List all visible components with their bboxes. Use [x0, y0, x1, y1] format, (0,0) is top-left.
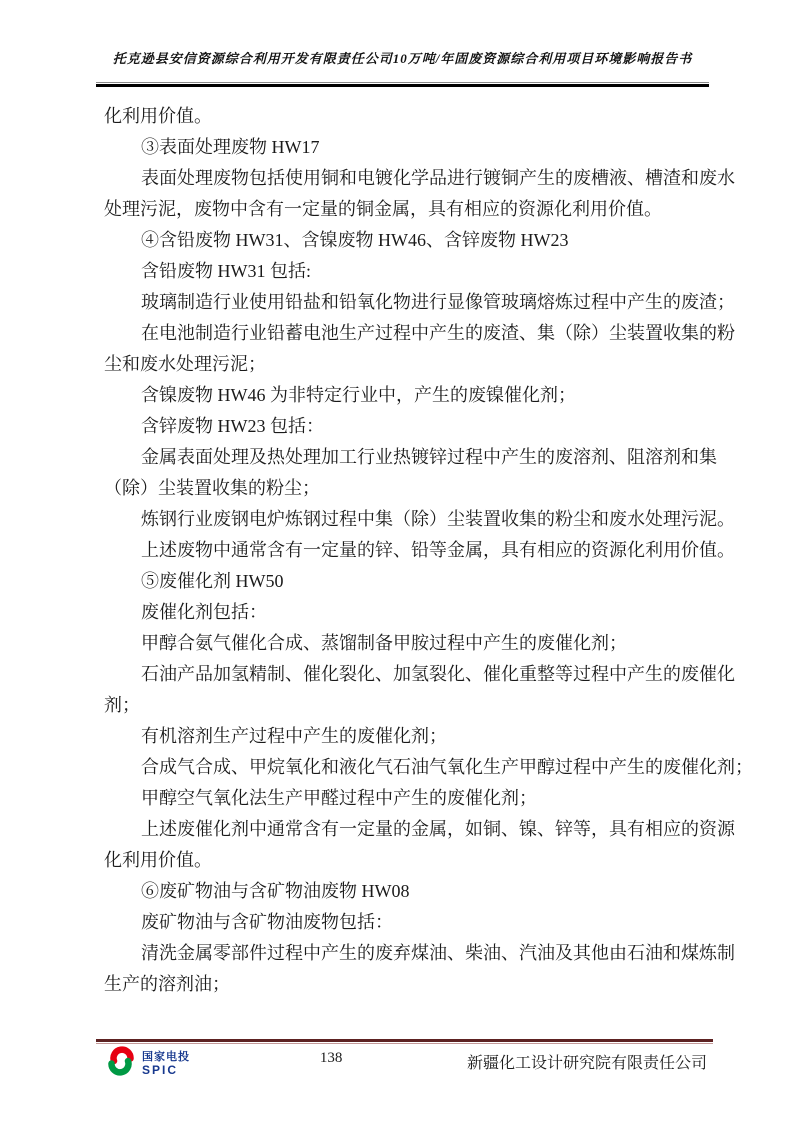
body-line: ⑤废催化剂 HW50	[104, 566, 710, 597]
body-line: 在电池制造行业铅蓄电池生产过程中产生的废渣、集（除）尘装置收集的粉	[104, 318, 710, 349]
body-line: 化利用价值。	[104, 101, 710, 132]
body-line: 剂；	[104, 690, 710, 721]
body-line: 上述废物中通常含有一定量的锌、铅等金属，具有相应的资源化利用价值。	[104, 535, 710, 566]
header-rule-thick-line	[96, 84, 709, 87]
body-line: 生产的溶剂油；	[104, 969, 710, 1000]
body-line: 甲醇空气氧化法生产甲醛过程中产生的废催化剂；	[104, 783, 710, 814]
header-rule-thin-line	[96, 82, 709, 83]
body-line: ⑥废矿物油与含矿物油废物 HW08	[104, 876, 710, 907]
spic-logo-text-en: SPIC	[142, 1064, 190, 1076]
footer-rule-thin-line	[96, 1043, 713, 1044]
spic-logo: 国家电投 SPIC	[104, 1046, 320, 1081]
body-line: 废矿物油与含矿物油废物包括：	[104, 907, 710, 938]
body-line: 金属表面处理及热处理加工行业热镀锌过程中产生的废溶剂、阻溶剂和集	[104, 442, 710, 473]
body-line: （除）尘装置收集的粉尘；	[104, 473, 710, 504]
body-line: 甲醇合氨气催化合成、蒸馏制备甲胺过程中产生的废催化剂；	[104, 628, 710, 659]
header-rule	[96, 82, 709, 87]
header-title: 托克逊县安信资源综合利用开发有限责任公司10万吨/年固废资源综合利用项目环境影响…	[96, 48, 709, 67]
page-header: 托克逊县安信资源综合利用开发有限责任公司10万吨/年固废资源综合利用项目环境影响…	[96, 48, 709, 67]
spic-logo-text-cn: 国家电投	[142, 1052, 190, 1063]
body-line: 表面处理废物包括使用铜和电镀化学品进行镀铜产生的废槽液、槽渣和废水	[104, 163, 710, 194]
footer-rule-thick-line	[96, 1039, 713, 1042]
body-line: 处理污泥，废物中含有一定量的铜金属，具有相应的资源化利用价值。	[104, 194, 710, 225]
spic-logo-text: 国家电投 SPIC	[142, 1052, 190, 1076]
body-line: 尘和废水处理污泥；	[104, 349, 710, 380]
page-number: 138	[320, 1046, 343, 1067]
body-line: 上述废催化剂中通常含有一定量的金属，如铜、镍、锌等，具有相应的资源	[104, 814, 710, 845]
body-line: 炼钢行业废钢电炉炼钢过程中集（除）尘装置收集的粉尘和废水处理污泥。	[104, 504, 710, 535]
body-line: 化利用价值。	[104, 845, 710, 876]
body-line: 有机溶剂生产过程中产生的废催化剂；	[104, 721, 710, 752]
body-text: 化利用价值。③表面处理废物 HW17表面处理废物包括使用铜和电镀化学品进行镀铜产…	[104, 101, 710, 1000]
body-line: 清洗金属零部件过程中产生的废弃煤油、柴油、汽油及其他由石油和煤炼制	[104, 938, 710, 969]
body-line: 合成气合成、甲烷氧化和液化气石油气氧化生产甲醇过程中产生的废催化剂；	[104, 752, 710, 783]
footer-company-name: 新疆化工设计研究院有限责任公司	[432, 1046, 707, 1073]
body-line: 玻璃制造行业使用铅盐和铅氧化物进行显像管玻璃熔炼过程中产生的废渣；	[104, 287, 710, 318]
body-line: 废催化剂包括：	[104, 597, 710, 628]
footer-rule	[96, 1039, 713, 1044]
body-line: ④含铅废物 HW31、含镍废物 HW46、含锌废物 HW23	[104, 225, 710, 256]
spic-logo-icon	[104, 1046, 138, 1081]
body-line: 含铅废物 HW31 包括:	[104, 256, 710, 287]
body-line: ③表面处理废物 HW17	[104, 132, 710, 163]
body-line: 石油产品加氢精制、催化裂化、加氢裂化、催化重整等过程中产生的废催化	[104, 659, 710, 690]
document-page: 托克逊县安信资源综合利用开发有限责任公司10万吨/年固废资源综合利用项目环境影响…	[0, 0, 793, 1122]
body-line: 含锌废物 HW23 包括：	[104, 411, 710, 442]
page-footer: 国家电投 SPIC 138 新疆化工设计研究院有限责任公司	[104, 1046, 707, 1081]
body-line: 含镍废物 HW46 为非特定行业中，产生的废镍催化剂；	[104, 380, 710, 411]
